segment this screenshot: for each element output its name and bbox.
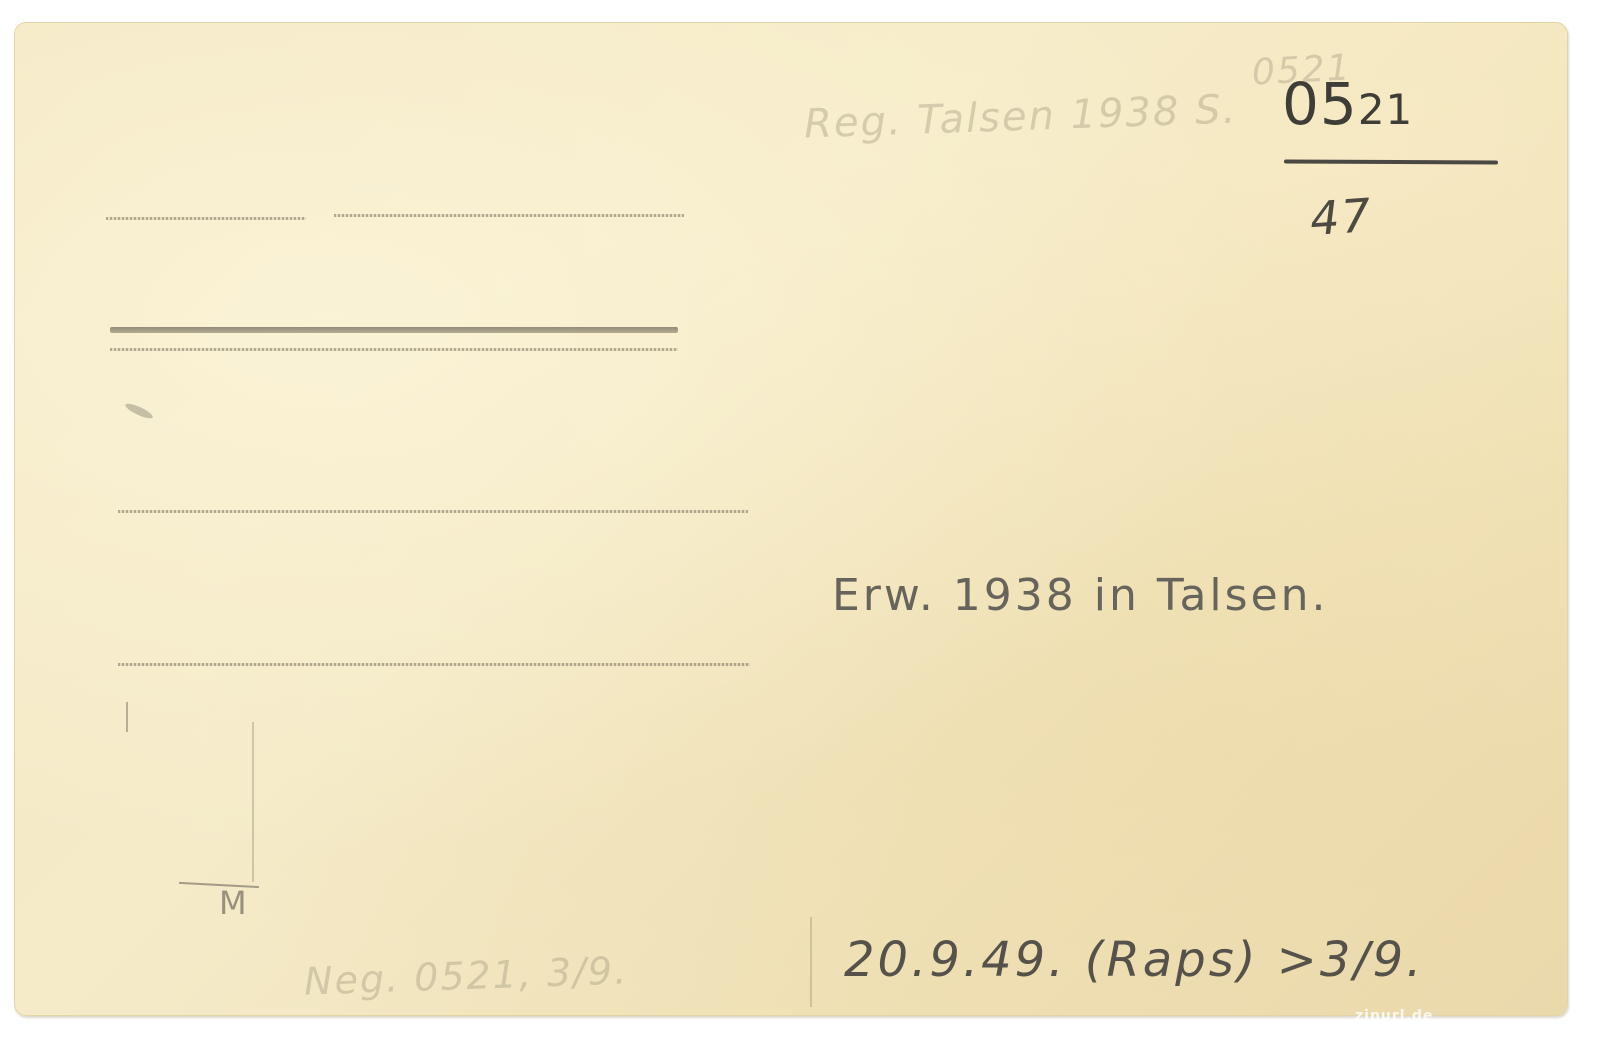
catalog-number: 0521 [1282,70,1413,138]
faint-bottom-note: Neg. 0521, 3/9. [303,948,629,1003]
postcard-back: Reg. Talsen 1938 S. 0521 0521 47 M Erw. … [14,22,1568,1016]
faint-top-note: Reg. Talsen 1938 S. [803,86,1238,147]
address-line-3 [110,348,678,351]
pencil-tick-1 [126,702,128,732]
address-line-5 [118,663,750,666]
pencil-smudge [124,401,155,421]
address-line-1b [334,214,684,217]
fraction-bar [1284,159,1498,164]
watermark: zinurl.de [1355,1008,1433,1024]
catalog-denominator: 47 [1308,188,1374,246]
address-line-1a [106,217,306,220]
address-line-4 [118,510,748,513]
main-note: Erw. 1938 in Talsen. [832,570,1329,621]
pencil-divider [810,917,812,1007]
pencil-tick-2 [252,722,254,882]
address-line-2 [110,327,678,333]
corner-mark: M [219,884,249,922]
catalog-number-main: 05 [1282,70,1358,138]
bottom-note: 20.9.49. (Raps) >3/9. [844,932,1424,988]
catalog-number-sub: 21 [1358,85,1413,134]
